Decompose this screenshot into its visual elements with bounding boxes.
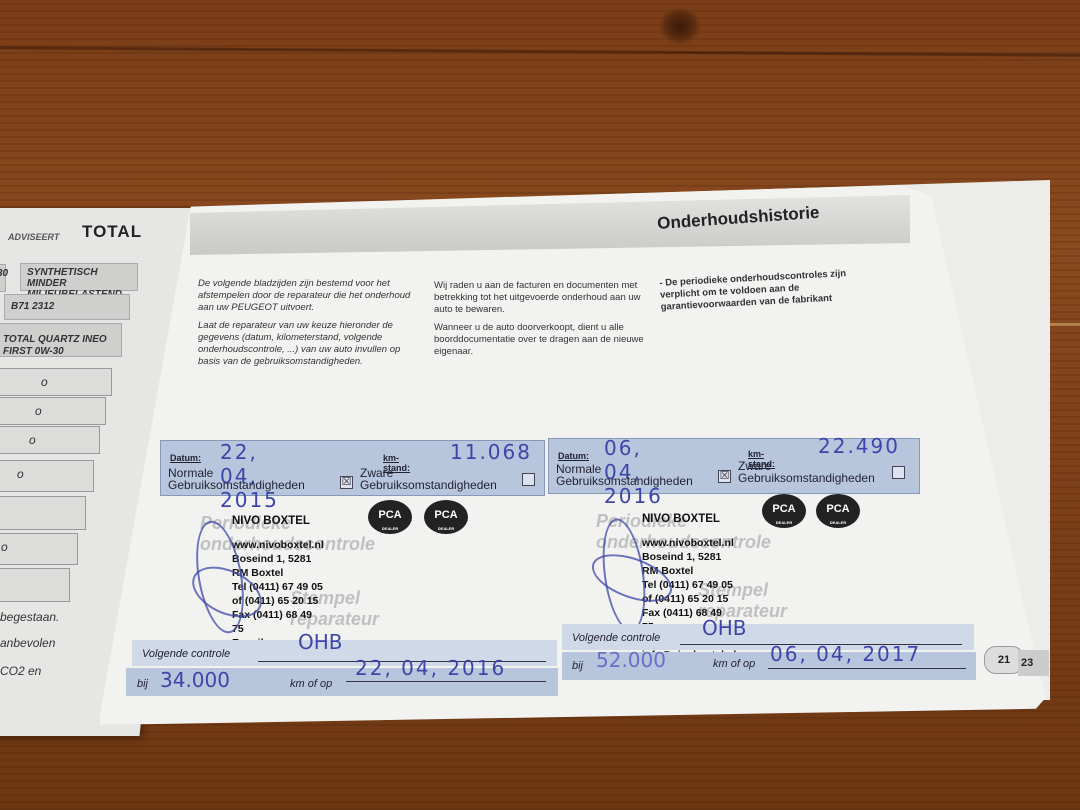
intro-paragraph: Wanneer u de auto doorverkoopt, dient u … bbox=[434, 322, 646, 358]
next-check-value[interactable]: OHB bbox=[702, 616, 747, 640]
intro-column-1: De volgende bladzijden zijn bestemd voor… bbox=[198, 278, 420, 374]
oil-product-box: TOTAL QUARTZ INEO FIRST 0W-30 bbox=[0, 323, 122, 357]
km-value[interactable]: 11.068 bbox=[450, 440, 532, 464]
dealer-name: NIVO BOXTEL bbox=[642, 512, 736, 526]
heavy-conditions-checkbox[interactable] bbox=[892, 466, 905, 479]
next-km-value[interactable]: 34.000 bbox=[160, 668, 230, 692]
underline bbox=[768, 668, 966, 669]
left-row bbox=[0, 568, 70, 602]
at-label: bij bbox=[137, 678, 148, 690]
at-label: bij bbox=[572, 660, 583, 672]
date-label: Datum: bbox=[558, 451, 589, 461]
left-page-header: ADVISEERT TOTAL bbox=[0, 210, 190, 246]
oil-spec-box: SYNTHETISCH MINDER MILIEUBELASTEND 0W-30 bbox=[20, 263, 138, 291]
heavy-conditions-label: Zware Gebruiksomstandigheden bbox=[738, 460, 908, 484]
left-box-fragment: 30 bbox=[0, 264, 6, 292]
intro-column-2: Wij raden u aan de facturen en documente… bbox=[434, 280, 646, 364]
intro-paragraph: Laat de reparateur van uw keuze hieronde… bbox=[198, 320, 420, 368]
oil-code-box: B71 2312 bbox=[4, 294, 130, 320]
left-row: o bbox=[0, 397, 106, 425]
dealer-website: www.nivoboxtel.nl bbox=[642, 536, 736, 550]
pca-dealer-logo: PCADEALER bbox=[368, 500, 412, 534]
pca-dealer-logo: PCADEALER bbox=[762, 494, 806, 528]
next-page-tab[interactable]: 23 bbox=[1018, 650, 1049, 676]
intro-paragraph: De volgende bladzijden zijn bestemd voor… bbox=[198, 278, 420, 314]
normal-conditions-checkbox[interactable]: ☒ bbox=[340, 476, 353, 489]
next-date-value[interactable]: 22, 04, 2016 bbox=[355, 656, 506, 680]
dealer-website: www.nivoboxtel.nl bbox=[232, 538, 326, 552]
next-km-value[interactable]: 52.000 bbox=[596, 648, 666, 672]
underline bbox=[346, 681, 546, 682]
km-or-on-label: km of op bbox=[290, 678, 332, 690]
brand-logo-total: TOTAL bbox=[82, 222, 142, 242]
left-row bbox=[0, 496, 86, 530]
km-or-on-label: km of op bbox=[713, 658, 755, 670]
normal-conditions-label: Normale Gebruiksomstandigheden bbox=[168, 467, 338, 491]
normal-conditions-checkbox[interactable]: ☒ bbox=[718, 470, 731, 483]
left-footer-line: anbevolen bbox=[0, 636, 55, 650]
left-footer-line: CO2 en bbox=[0, 664, 41, 678]
km-value[interactable]: 22.490 bbox=[818, 434, 900, 458]
pca-dealer-logo: PCADEALER bbox=[816, 494, 860, 528]
left-row: o bbox=[0, 460, 94, 492]
left-row: o bbox=[0, 368, 112, 396]
dealer-name: NIVO BOXTEL bbox=[232, 514, 326, 528]
left-row: o bbox=[0, 533, 78, 565]
next-check-label: Volgende controle bbox=[142, 648, 230, 660]
next-check-value[interactable]: OHB bbox=[298, 630, 343, 654]
left-row: o bbox=[0, 426, 100, 454]
normal-conditions-label: Normale Gebruiksomstandigheden bbox=[556, 463, 726, 487]
pca-dealer-logo: PCADEALER bbox=[424, 500, 468, 534]
date-label: Datum: bbox=[170, 453, 201, 463]
wood-grain-line bbox=[0, 46, 1080, 57]
advises-label: ADVISEERT bbox=[8, 232, 59, 242]
left-footer-line: begestaan. bbox=[0, 610, 59, 624]
next-check-label: Volgende controle bbox=[572, 632, 660, 644]
heavy-conditions-label: Zware Gebruiksomstandigheden bbox=[360, 467, 530, 491]
heavy-conditions-checkbox[interactable] bbox=[522, 473, 535, 486]
wood-knot bbox=[660, 8, 700, 44]
dealer-address: Boseind 1, 5281 RM Boxtel bbox=[232, 552, 326, 580]
next-date-value[interactable]: 06, 04, 2017 bbox=[770, 642, 921, 666]
intro-paragraph: Wij raden u aan de facturen en documente… bbox=[434, 280, 646, 316]
